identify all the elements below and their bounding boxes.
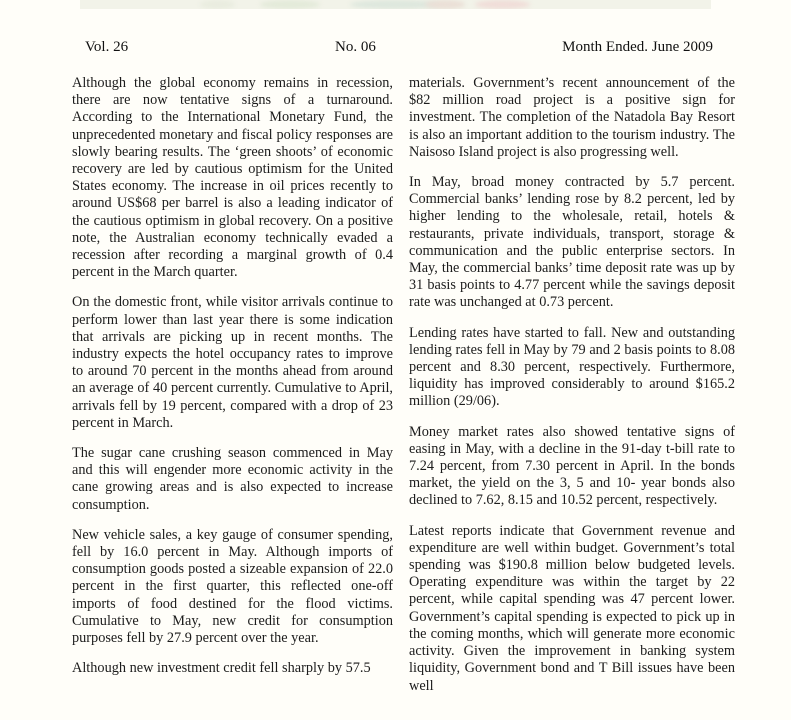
masthead-smudge bbox=[260, 0, 320, 9]
issue-header: Vol. 26 No. 06 Month Ended. June 2009 bbox=[0, 38, 791, 56]
masthead-smudge bbox=[425, 0, 465, 9]
two-column-body: Although the global economy remains in r… bbox=[72, 75, 735, 695]
paragraph-sugar-cane: The sugar cane crushing season commenced… bbox=[72, 445, 393, 514]
paragraph-money-market: Money market rates also showed tentative… bbox=[409, 424, 735, 510]
paragraph-broad-money: In May, broad money contracted by 5.7 pe… bbox=[409, 174, 735, 312]
paragraph-road-project: materials. Government’s recent announcem… bbox=[409, 75, 735, 161]
issue-number-label: No. 06 bbox=[335, 38, 376, 56]
left-column: Although the global economy remains in r… bbox=[72, 75, 393, 695]
right-column: materials. Government’s recent announcem… bbox=[409, 75, 735, 695]
masthead-smudge bbox=[475, 0, 530, 9]
month-ended-label: Month Ended. June 2009 bbox=[562, 38, 713, 56]
paragraph-vehicle-sales: New vehicle sales, a key gauge of consum… bbox=[72, 527, 393, 647]
economic-review-page: Vol. 26 No. 06 Month Ended. June 2009 Al… bbox=[0, 0, 791, 720]
masthead-banner-cropped-strip bbox=[80, 0, 711, 9]
paragraph-lending-rates: Lending rates have started to fall. New … bbox=[409, 325, 735, 411]
paragraph-government-budget: Latest reports indicate that Government … bbox=[409, 523, 735, 695]
paragraph-visitor-arrivals: On the domestic front, while visitor arr… bbox=[72, 294, 393, 432]
paragraph-investment-credit: Although new investment credit fell shar… bbox=[72, 660, 393, 677]
paragraph-global-economy: Although the global economy remains in r… bbox=[72, 75, 393, 281]
masthead-smudge bbox=[200, 0, 235, 9]
volume-label: Vol. 26 bbox=[85, 38, 128, 56]
